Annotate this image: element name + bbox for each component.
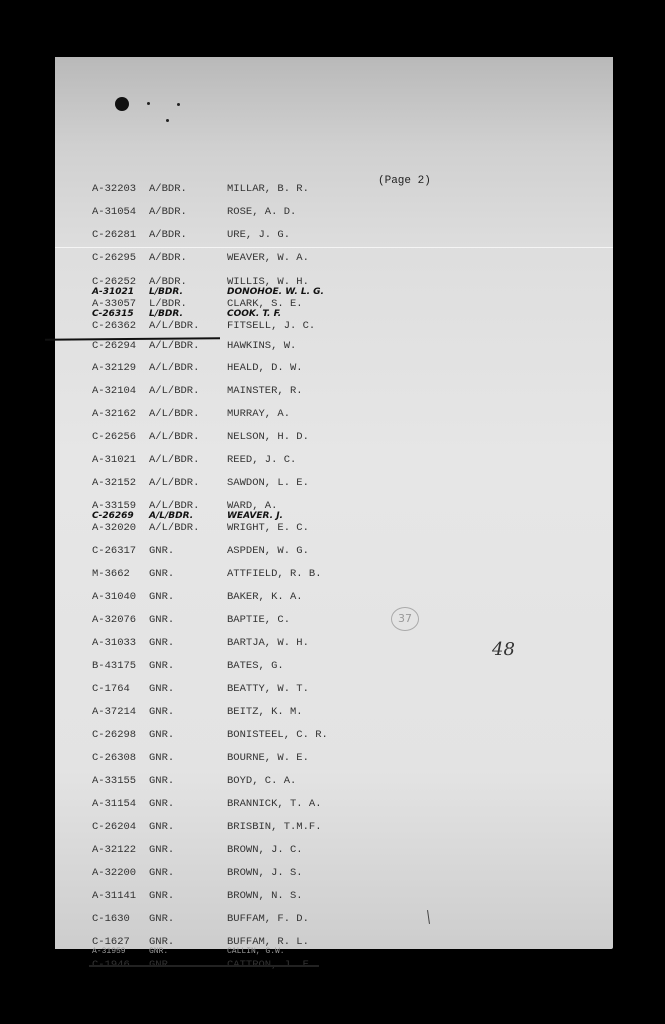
entry-number: B-43175 — [92, 660, 136, 672]
entry-name: BEATTY, W. T. — [227, 683, 309, 695]
entry-rank: A/L/BDR. — [149, 511, 193, 521]
entry-name: CALLIN, G.W. — [227, 947, 285, 956]
entry-rank: GNR. — [149, 614, 174, 626]
entry-rank: GNR. — [149, 947, 168, 956]
entry-number: A-32076 — [92, 614, 136, 626]
entry-name: BEITZ, K. M. — [227, 706, 303, 718]
entry-name: CATTRON, J. E. — [227, 959, 315, 971]
entry-name: ATTFIELD, R. B. — [227, 568, 322, 580]
circled-annotation: 37 — [391, 607, 419, 631]
entry-rank: A/L/BDR. — [149, 477, 199, 489]
entry-rank: GNR. — [149, 706, 174, 718]
entry-number: C-26317 — [92, 545, 136, 557]
entry-rank: GNR. — [149, 959, 174, 971]
entry-name: MILLAR, B. R. — [227, 183, 309, 195]
entry-rank: GNR. — [149, 890, 174, 902]
entry-rank: A/L/BDR. — [149, 340, 199, 352]
entry-name: URE, J. G. — [227, 229, 290, 241]
entry-rank: GNR. — [149, 798, 174, 810]
entry-number: C-26308 — [92, 752, 136, 764]
entry-rank: A/L/BDR. — [149, 454, 199, 466]
speck — [147, 102, 150, 105]
entry-rank: GNR. — [149, 913, 174, 925]
entry-rank: GNR. — [149, 660, 174, 672]
entry-number: C-26298 — [92, 729, 136, 741]
entry-name: BROWN, N. S. — [227, 890, 303, 902]
entry-name: BUFFAM, F. D. — [227, 913, 309, 925]
entry-rank: GNR. — [149, 752, 174, 764]
entry-rank: GNR. — [149, 568, 174, 580]
entry-number: C-1946 — [92, 959, 130, 971]
entry-number: A-31141 — [92, 890, 136, 902]
entry-rank: A/BDR. — [149, 229, 187, 241]
entry-name: BOURNE, W. E. — [227, 752, 309, 764]
entry-name: ROSE, A. D. — [227, 206, 296, 218]
entry-number: A-31021 — [92, 287, 134, 297]
entry-name: BAPTIE, C. — [227, 614, 290, 626]
page-label: (Page 2) — [378, 175, 431, 187]
entry-rank: A/L/BDR. — [149, 431, 199, 443]
entry-number: A-31040 — [92, 591, 136, 603]
entry-number: A-32104 — [92, 385, 136, 397]
entry-rank: GNR. — [149, 821, 174, 833]
entry-rank: GNR. — [149, 867, 174, 879]
entry-rank: GNR. — [149, 683, 174, 695]
document-page: (Page 2) A-32203A/BDR.MILLAR, B. R.A-310… — [55, 57, 613, 949]
entry-rank: GNR. — [149, 545, 174, 557]
entry-rank: A/L/BDR. — [149, 385, 199, 397]
entry-number: C-1630 — [92, 913, 130, 925]
entry-name: BRISBIN, T.M.F. — [227, 821, 322, 833]
entry-name: WRIGHT, E. C. — [227, 522, 309, 534]
speck — [177, 103, 180, 106]
entry-number: C-1764 — [92, 683, 130, 695]
entry-number: A-33155 — [92, 775, 136, 787]
entry-name: BROWN, J. C. — [227, 844, 303, 856]
entry-number: A-32162 — [92, 408, 136, 420]
entry-name: FITSELL, J. C. — [227, 320, 315, 332]
entry-name: REED, J. C. — [227, 454, 296, 466]
entry-rank: GNR. — [149, 844, 174, 856]
entry-name: BONISTEEL, C. R. — [227, 729, 328, 741]
entry-number: A-37214 — [92, 706, 136, 718]
entry-rank: GNR. — [149, 637, 174, 649]
entry-rank: L/BDR. — [149, 287, 183, 297]
entry-number: C-26315 — [92, 309, 134, 319]
entry-rank: A/L/BDR. — [149, 320, 199, 332]
entry-rank: A/BDR. — [149, 183, 187, 195]
entry-rank: GNR. — [149, 729, 174, 741]
entry-name: WEAVER. J. — [227, 511, 283, 521]
entry-name: HEALD, D. W. — [227, 362, 303, 374]
entry-name: ASPDEN, W. G. — [227, 545, 309, 557]
handwritten-page-number: 48 — [492, 639, 515, 660]
entry-name: BOYD, C. A. — [227, 775, 296, 787]
entry-number: A-32200 — [92, 867, 136, 879]
entry-name: HAWKINS, W. — [227, 340, 296, 352]
entry-rank: A/L/BDR. — [149, 362, 199, 374]
entry-name: DONOHOE. W. L. G. — [227, 287, 324, 297]
entry-rank: A/BDR. — [149, 252, 187, 264]
entry-number: A-31021 — [92, 454, 136, 466]
entry-number: C-26204 — [92, 821, 136, 833]
entry-number: C-26281 — [92, 229, 136, 241]
entry-number: A-31154 — [92, 798, 136, 810]
entry-number: A-32203 — [92, 183, 136, 195]
pencil-mark — [427, 910, 430, 924]
entry-name: SAWDON, L. E. — [227, 477, 309, 489]
entry-rank: A/L/BDR. — [149, 522, 199, 534]
entry-name: NELSON, H. D. — [227, 431, 309, 443]
entry-name: COOK. T. F. — [227, 309, 281, 319]
entry-name: BRANNICK, T. A. — [227, 798, 322, 810]
entry-number: A-31054 — [92, 206, 136, 218]
entry-rank: A/L/BDR. — [149, 408, 199, 420]
entry-number: M-3662 — [92, 568, 130, 580]
entry-number: C-26362 — [92, 320, 136, 332]
entry-number: C-26295 — [92, 252, 136, 264]
entry-name: WEAVER, W. A. — [227, 252, 309, 264]
entry-rank: GNR. — [149, 775, 174, 787]
entry-number: A-32122 — [92, 844, 136, 856]
entry-name: MAINSTER, R. — [227, 385, 303, 397]
entry-number: C-26269 — [92, 511, 134, 521]
entry-number: C-26294 — [92, 340, 136, 352]
entry-rank: A/BDR. — [149, 206, 187, 218]
entry-rank: GNR. — [149, 591, 174, 603]
entry-name: MURRAY, A. — [227, 408, 290, 420]
entry-number: A-32152 — [92, 477, 136, 489]
entry-rank: L/BDR. — [149, 309, 183, 319]
entry-number: A-31033 — [92, 637, 136, 649]
entry-name: BAKER, K. A. — [227, 591, 303, 603]
entry-number: A-32020 — [92, 522, 136, 534]
entry-number: A-32129 — [92, 362, 136, 374]
punch-hole — [115, 97, 129, 111]
entry-name: BROWN, J. S. — [227, 867, 303, 879]
speck — [166, 119, 169, 122]
entry-name: BATES, G. — [227, 660, 284, 672]
entry-number: A-31959 — [92, 947, 126, 956]
entry-number: C-26256 — [92, 431, 136, 443]
entry-name: BARTJA, W. H. — [227, 637, 309, 649]
